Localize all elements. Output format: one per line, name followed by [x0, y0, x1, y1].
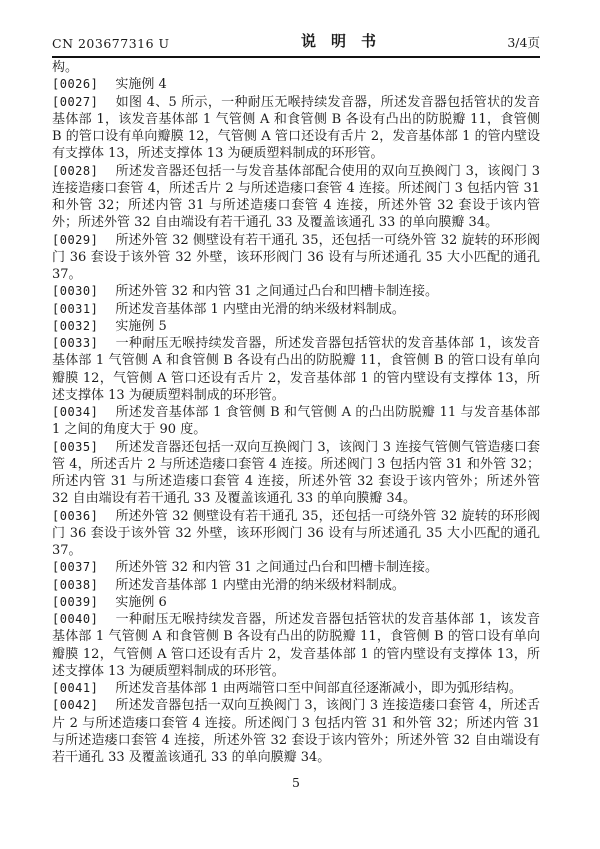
paragraph: [0035]所述发音器还包括一双向互换阀门 3，该阀门 3 连接气管侧气管造瘘口…: [52, 439, 540, 508]
continuation-line: 构。: [52, 59, 540, 76]
patent-number: CN 203677316 U: [52, 36, 170, 51]
paragraph: [0030]所述外管 32 和内管 31 之间通过凸台和凹槽卡制连接。: [52, 283, 540, 300]
paragraph: [0029]所述外管 32 侧壁设有若干通孔 35，还包括一可绕外管 32 旋转…: [52, 232, 540, 284]
paragraph-text: 实施例 6: [115, 595, 166, 610]
paragraphs: [0026]实施例 4[0027]如图 4、5 所示，一种耐压无喉持续发音器，所…: [52, 76, 540, 766]
paragraph-number: [0029]: [52, 232, 98, 249]
paragraph-text: 所述外管 32 和内管 31 之间通过凸台和凹槽卡制连接。: [115, 284, 438, 299]
paragraph-text: 所述发音基体部 1 内壁由光滑的纳米级材料制成。: [115, 302, 405, 317]
paragraph-number: [0030]: [52, 283, 98, 300]
paragraph-text: 实施例 5: [115, 319, 166, 334]
paragraph-text: 所述发音基体部 1 由两端管口至中间部直径逐渐减小，即为弧形结构。: [115, 681, 522, 696]
paragraph: [0037]所述外管 32 和内管 31 之间通过凸台和凹槽卡制连接。: [52, 559, 540, 576]
paragraph: [0042]所述发音器包括一双向互换阀门 3，该阀门 3 连接造瘘口套管 4，所…: [52, 697, 540, 766]
paragraph-number: [0036]: [52, 508, 98, 525]
paragraph: [0038]所述发音基体部 1 内壁由光滑的纳米级材料制成。: [52, 577, 540, 594]
paragraph-text: 所述发音器还包括一双向互换阀门 3，该阀门 3 连接气管侧气管造瘘口套管 4，所…: [52, 440, 540, 507]
paragraph-text: 所述发音器还包括一与发音基体部配合使用的双向互换阀门 3，该阀门 3 连接造瘘口…: [52, 164, 540, 231]
paragraph: [0041]所述发音基体部 1 由两端管口至中间部直径逐渐减小，即为弧形结构。: [52, 680, 540, 697]
paragraph: [0027]如图 4、5 所示，一种耐压无喉持续发音器，所述发音器包括管状的发音…: [52, 94, 540, 163]
page-indicator: 3/4页: [507, 33, 540, 51]
paragraph-number: [0027]: [52, 94, 98, 111]
paragraph-text: 所述发音基体部 1 食管侧 B 和气管侧 A 的凸出防脱瓣 11 与发音基体部 …: [52, 405, 540, 437]
paragraph: [0036]所述外管 32 侧壁设有若干通孔 35，还包括一可绕外管 32 旋转…: [52, 508, 540, 560]
paragraph-number: [0031]: [52, 301, 98, 318]
paragraph-number: [0038]: [52, 577, 98, 594]
paragraph: [0026]实施例 4: [52, 76, 540, 93]
paragraph: [0028]所述发音器还包括一与发音基体部配合使用的双向互换阀门 3，该阀门 3…: [52, 163, 540, 232]
paragraph: [0040]一种耐压无喉持续发音器，所述发音器包括管状的发音基体部 1，该发音基…: [52, 611, 540, 680]
paragraph-text: 所述外管 32 侧壁设有若干通孔 35，还包括一可绕外管 32 旋转的环形阀门 …: [52, 509, 540, 559]
paragraph-text: 所述发音器包括一双向互换阀门 3，该阀门 3 连接造瘘口套管 4，所述舌片 2 …: [52, 698, 540, 765]
patent-specification-page: CN 203677316 U 说明书 3/4页 构。 [0026]实施例 4[0…: [0, 0, 600, 849]
paragraph-number: [0033]: [52, 335, 98, 352]
paragraph-text: 所述外管 32 侧壁设有若干通孔 35，还包括一可绕外管 32 旋转的环形阀门 …: [52, 233, 540, 283]
paragraph: [0033]一种耐压无喉持续发音器，所述发音器包括管状的发音基体部 1，该发音基…: [52, 335, 540, 404]
paragraph-text: 一种耐压无喉持续发音器，所述发音器包括管状的发音基体部 1，该发音基体部 1 气…: [52, 336, 540, 403]
paragraph-text: 所述发音基体部 1 内壁由光滑的纳米级材料制成。: [115, 578, 405, 593]
specification-body: 构。 [0026]实施例 4[0027]如图 4、5 所示，一种耐压无喉持续发音…: [52, 59, 540, 766]
paragraph-number: [0039]: [52, 594, 98, 611]
paragraph-text: 所述外管 32 和内管 31 之间通过凸台和凹槽卡制连接。: [115, 560, 438, 575]
page-header: CN 203677316 U 说明书 3/4页: [52, 30, 540, 58]
paragraph-number: [0035]: [52, 439, 98, 456]
paragraph: [0031]所述发音基体部 1 内壁由光滑的纳米级材料制成。: [52, 301, 540, 318]
paragraph-text: 如图 4、5 所示，一种耐压无喉持续发音器，所述发音器包括管状的发音基体部 1，…: [52, 95, 540, 162]
page-footer: 5: [52, 775, 540, 790]
paragraph-number: [0040]: [52, 611, 98, 628]
paragraph-number: [0041]: [52, 680, 98, 697]
paragraph: [0032]实施例 5: [52, 318, 540, 335]
paragraph-number: [0028]: [52, 163, 98, 180]
paragraph-number: [0034]: [52, 404, 98, 421]
paragraph: [0034]所述发音基体部 1 食管侧 B 和气管侧 A 的凸出防脱瓣 11 与…: [52, 404, 540, 439]
paragraph-number: [0037]: [52, 559, 98, 576]
paragraph-number: [0032]: [52, 318, 98, 335]
page-number: 5: [292, 775, 300, 790]
paragraph-number: [0042]: [52, 697, 98, 714]
paragraph-text: 一种耐压无喉持续发音器，所述发音器包括管状的发音基体部 1，该发音基体部 1 气…: [52, 612, 540, 679]
document-title: 说明书: [301, 30, 391, 51]
paragraph-text: 实施例 4: [115, 77, 166, 92]
paragraph: [0039]实施例 6: [52, 594, 540, 611]
paragraph-number: [0026]: [52, 76, 98, 93]
